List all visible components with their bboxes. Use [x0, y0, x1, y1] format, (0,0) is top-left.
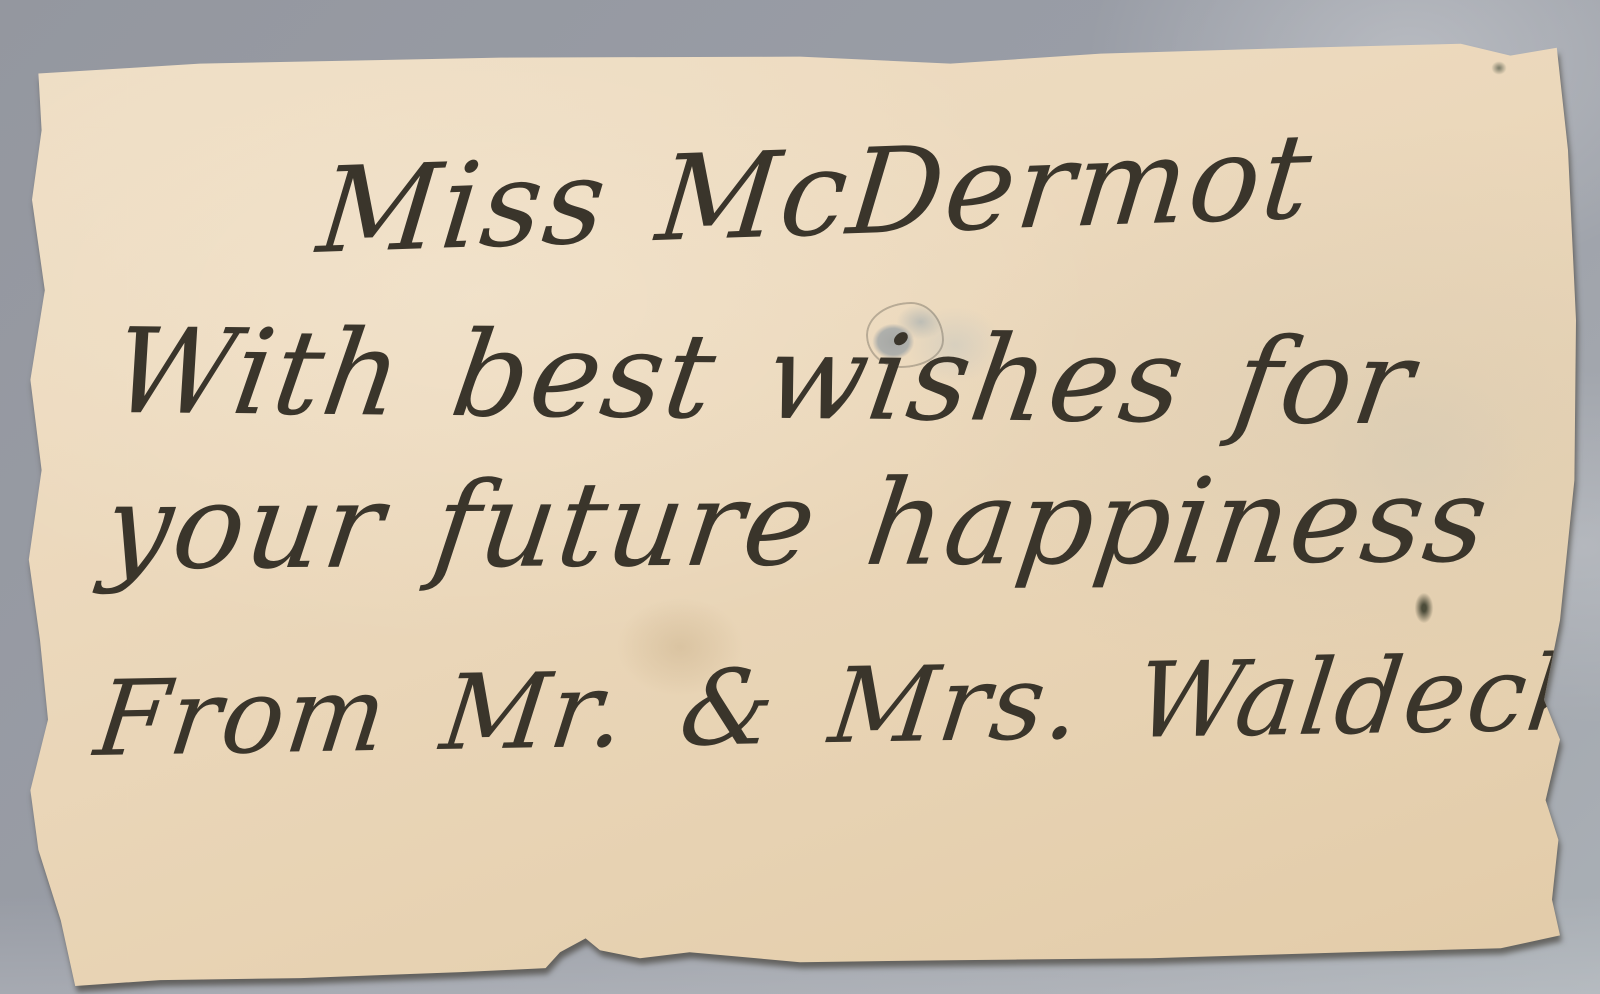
photo: Miss McDermot With best wishes for your … — [0, 0, 1600, 994]
note-card-surface: Miss McDermot With best wishes for your … — [0, 0, 1600, 994]
note-card: Miss McDermot With best wishes for your … — [0, 0, 1600, 994]
ink-speck — [1413, 590, 1435, 626]
ink-speck-small — [1490, 60, 1508, 76]
handwritten-line-sender: From Mr. & Mrs. Waldeck — [89, 632, 1600, 780]
handwritten-line-wishes: With best wishes for — [104, 302, 1424, 451]
handwritten-line-happiness: your future happiness — [96, 451, 1497, 596]
handwritten-line-recipient: Miss McDermot — [312, 107, 1319, 280]
